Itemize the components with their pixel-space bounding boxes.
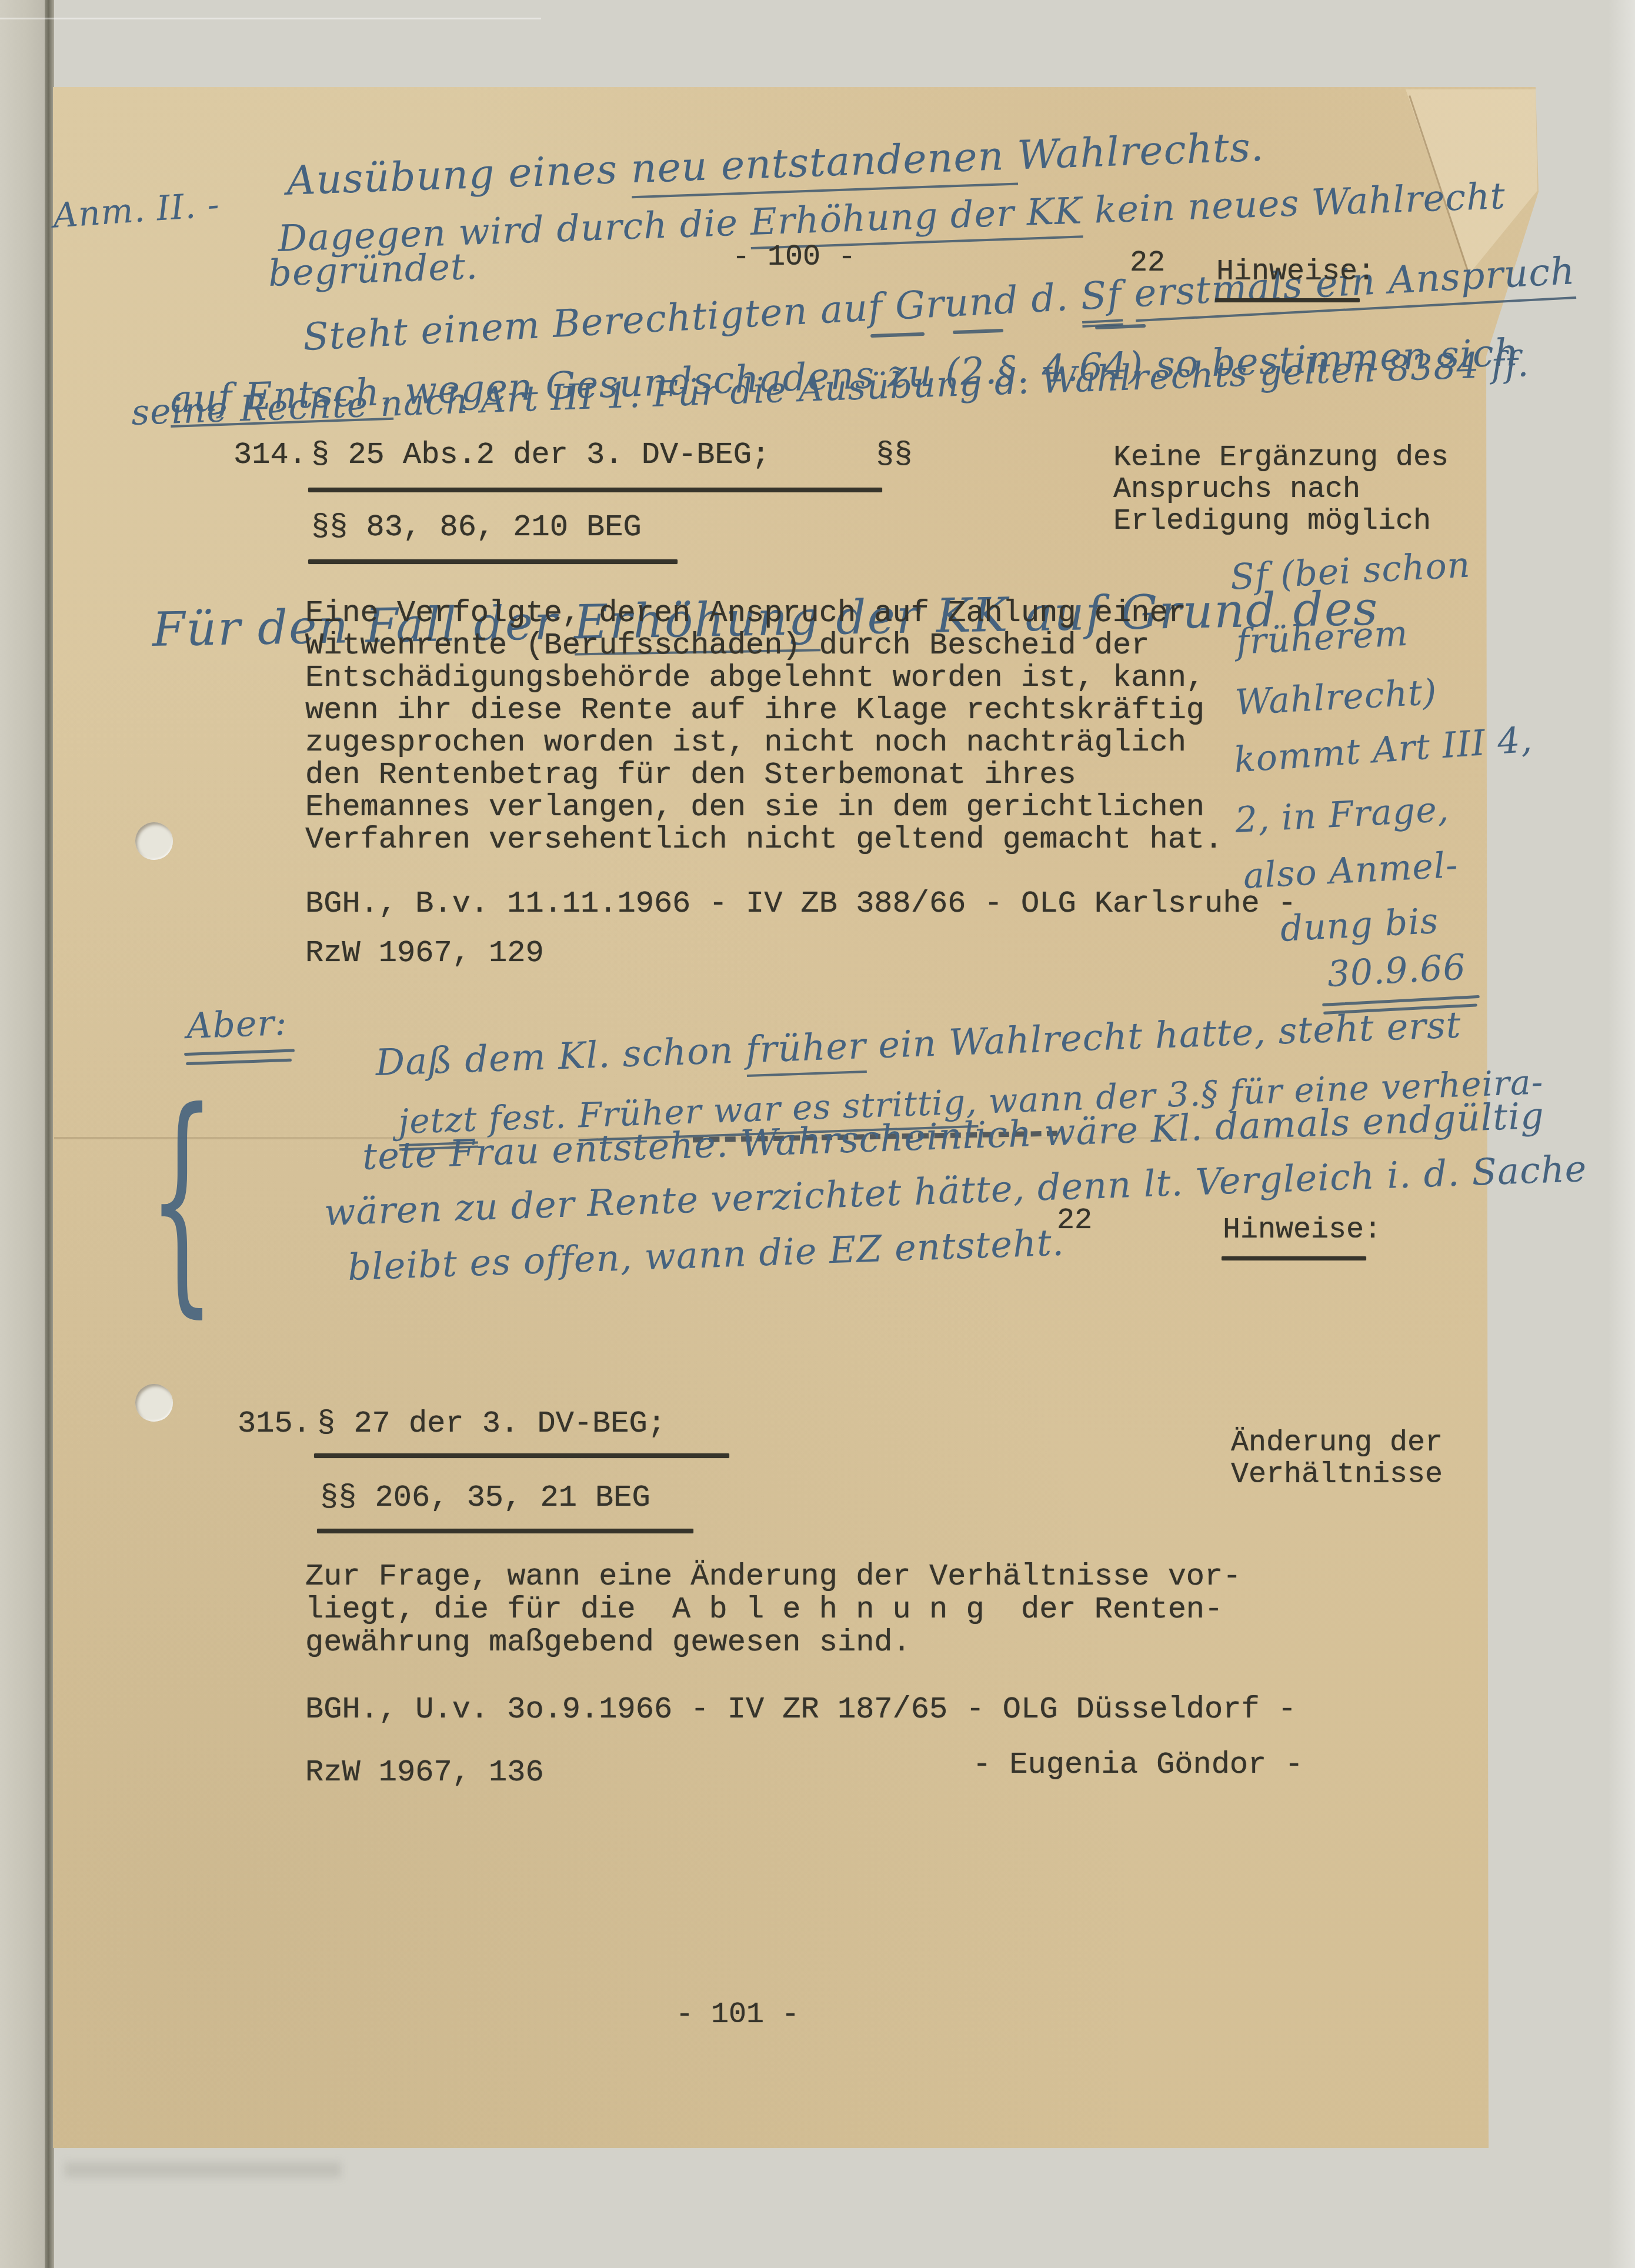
entry-314-hint-line: Erledigung möglich bbox=[1113, 505, 1431, 538]
hinweise-top-underline bbox=[1215, 298, 1360, 302]
entry-315-body-line: Zur Frage, wann eine Änderung der Verhäl… bbox=[305, 1559, 1241, 1594]
adjacent-page-edge bbox=[0, 0, 45, 2268]
margin-note-line: dung bis bbox=[1279, 900, 1440, 950]
typed-page-number-top: - 100 - bbox=[732, 241, 856, 274]
scan-right-highlight bbox=[1608, 0, 1635, 2268]
handwritten-aber-label: Aber: bbox=[186, 1002, 288, 1047]
entry-314-body-line: den Rentenbetrag für den Sterbemonat ihr… bbox=[305, 758, 1076, 792]
entry-314-number: 314. bbox=[233, 438, 307, 472]
hole-punch-bottom bbox=[135, 1384, 173, 1422]
entry-314-citation1: BGH., B.v. 11.11.1966 - IV ZB 388/66 - O… bbox=[305, 886, 1296, 921]
typed-hinweise-mid: Hinweise: bbox=[1223, 1213, 1382, 1247]
entry-314-statute1: § 25 Abs.2 der 3. DV-BEG; bbox=[311, 438, 770, 472]
entry-314-body-line: Verfahren versehentlich nicht geltend ge… bbox=[305, 822, 1223, 857]
backing-sheet-edge bbox=[0, 18, 541, 19]
entry-314-statute1-underline bbox=[308, 488, 882, 492]
bleed-through-smudge bbox=[65, 2162, 341, 2177]
entry-315-body-line: gewährung maßgebend gewesen sind. bbox=[305, 1625, 911, 1660]
entry-314-hint-line: Anspruchs nach bbox=[1113, 473, 1360, 506]
typed-hinweise-top: Hinweise: bbox=[1216, 255, 1375, 289]
entry-315-body-line: liegt, die für die A b l e h n u n g der… bbox=[305, 1592, 1223, 1627]
typed-page-number-bottom: - 101 - bbox=[676, 1998, 799, 2032]
entry-314-hint-line: Keine Ergänzung des bbox=[1113, 441, 1449, 475]
entry-314-statute2: §§ 83, 86, 210 BEG bbox=[311, 510, 642, 545]
entry-314-body-line: wenn ihr diese Rente auf ihre Klage rech… bbox=[305, 693, 1204, 728]
entry-315-hint-line: Änderung der bbox=[1231, 1426, 1443, 1460]
entry-315-statute1-underline bbox=[314, 1453, 729, 1458]
document-page-scan: Ausübung eines neu entstandenen Wahlrech… bbox=[0, 0, 1635, 2268]
entry-314-body-line: Eine Verfolgte, deren Anspruch auf Zahlu… bbox=[305, 596, 1186, 631]
typed-column-number-mid: 22 bbox=[1057, 1204, 1092, 1238]
entry-315-citation2: RzW 1967, 136 bbox=[305, 1755, 544, 1790]
hinweise-mid-underline bbox=[1222, 1256, 1366, 1260]
entry-315-number: 315. bbox=[238, 1406, 311, 1441]
entry-315-statute1: § 27 der 3. DV-BEG; bbox=[317, 1406, 666, 1441]
entry-315-statute2: §§ 206, 35, 21 BEG bbox=[320, 1480, 650, 1515]
curly-brace: { bbox=[148, 1062, 216, 1339]
entry-315-citation1: BGH., U.v. 3o.9.1966 - IV ZR 187/65 - OL… bbox=[305, 1692, 1296, 1727]
typed-column-number-top: 22 bbox=[1130, 246, 1165, 280]
hole-punch-top bbox=[135, 822, 173, 860]
entry-314-statute2-underline bbox=[308, 559, 678, 564]
entry-314-body-line: Ehemannes verlangen, den sie in dem geri… bbox=[305, 790, 1204, 825]
entry-314-statute1-extra: §§ bbox=[876, 438, 912, 472]
entry-314-body-line: zugesprochen worden ist, nicht noch nach… bbox=[305, 725, 1186, 760]
entry-315-statute2-underline bbox=[317, 1529, 693, 1533]
entry-315-citation3: - Eugenia Göndor - bbox=[973, 1747, 1303, 1782]
binding-edge-line bbox=[45, 0, 54, 2268]
entry-314-body-line: Witwenrente (Berufsschaden) durch Besche… bbox=[305, 628, 1149, 663]
entry-314-citation2: RzW 1967, 129 bbox=[305, 936, 544, 970]
entry-315-hint-line: Verhältnisse bbox=[1231, 1458, 1443, 1492]
entry-314-body-line: Entschädigungsbehörde abgelehnt worden i… bbox=[305, 661, 1204, 695]
